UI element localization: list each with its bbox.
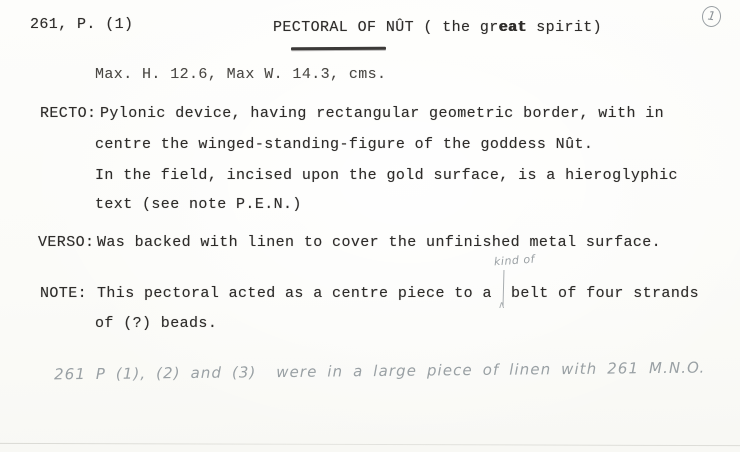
recto-line-1: Pylonic device, having rectangular geome… xyxy=(100,105,664,123)
note-line-2: of (?) beads. xyxy=(95,315,217,333)
title-text-end: spirit) xyxy=(527,19,602,36)
verso-line-1: Was backed with linen to cover the unfin… xyxy=(97,234,661,252)
note-line-1-pre: This pectoral acted as a centre piece to… xyxy=(97,285,492,303)
handwritten-annotation: 261 P (1), (2) and (3) were in a large p… xyxy=(54,359,705,384)
note-line-1-post: belt of four strands xyxy=(511,285,699,303)
page-number: 1 xyxy=(707,9,717,24)
catalog-card: 261, P. (1) PECTORAL OF NÛT ( the great … xyxy=(0,0,740,452)
dimensions-line: Max. H. 12.6, Max W. 14.3, cms. xyxy=(95,66,386,84)
title-underline xyxy=(291,47,386,50)
recto-line-4: text (see note P.E.N.) xyxy=(95,196,302,214)
note-label: NOTE: xyxy=(40,285,87,303)
verso-label: VERSO: xyxy=(38,234,94,252)
catalog-number: 261, P. (1) xyxy=(30,16,133,34)
title-text-start: PECTORAL OF NÛT ( the gr xyxy=(273,19,499,36)
page-number-badge: 1 xyxy=(701,5,723,28)
recto-line-2: centre the winged-standing-figure of the… xyxy=(95,136,593,154)
recto-label: RECTO: xyxy=(40,105,96,123)
insertion-caret-icon: ∧ xyxy=(498,300,505,311)
page-title: PECTORAL OF NÛT ( the great spirit) xyxy=(273,19,602,37)
title-overstruck-text: eat xyxy=(499,19,527,36)
pencil-insertion-text: kind of xyxy=(494,253,536,269)
recto-line-3: In the field, incised upon the gold surf… xyxy=(95,167,678,185)
card-edge-line xyxy=(0,443,740,446)
